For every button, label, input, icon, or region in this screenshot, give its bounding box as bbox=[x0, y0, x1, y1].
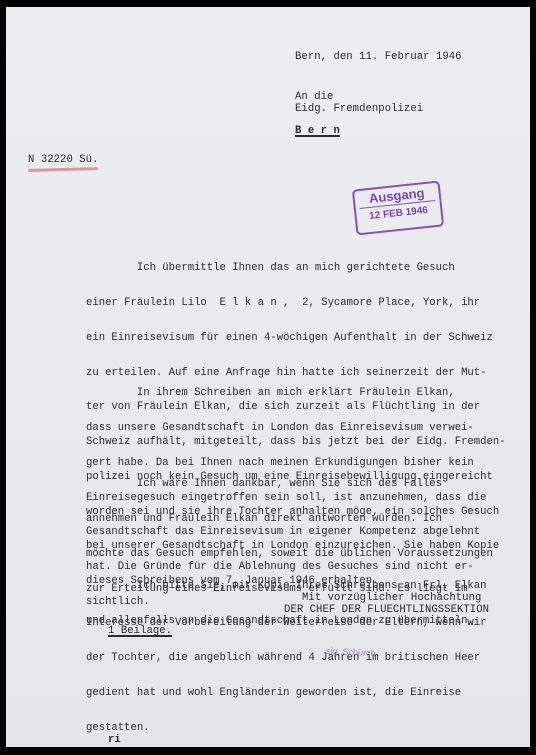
letter-page: Bern, den 11. Februar 1946 An die Eidg. … bbox=[6, 7, 530, 747]
date-line: Bern, den 11. Februar 1946 bbox=[295, 52, 462, 64]
text-line: Ich übermittle Ihnen das an mich gericht… bbox=[86, 263, 506, 275]
outgoing-stamp: Ausgang 12 FEB 1946 bbox=[352, 181, 444, 236]
text-line: annehmen und Fräulein Elkan direkt antwo… bbox=[86, 514, 493, 526]
red-pencil-underline bbox=[28, 167, 98, 172]
text-line: ein Einreisevisum für einen 4-wöchigen A… bbox=[86, 333, 506, 345]
text-line: dass unsere Gesandtschaft in London das … bbox=[86, 423, 487, 435]
text-line: gestatten. bbox=[86, 723, 493, 735]
enclosure-note: 1 Beilage. bbox=[108, 626, 172, 638]
closing-salutation: Mit vorzüglicher Hochachtung bbox=[302, 593, 481, 605]
typist-initials: ri bbox=[108, 735, 121, 747]
text-line: Ich wäre Ihnen dankbar, wenn Sie sich de… bbox=[86, 479, 493, 491]
text-line: gedient hat und wohl Engländerin geworde… bbox=[86, 688, 493, 700]
recipient-line-1: An die bbox=[295, 92, 333, 104]
recipient-line-2: Eidg. Fremdenpolizei bbox=[295, 104, 423, 116]
text-line: In ihrem Schreiben an mich erklärt Fräul… bbox=[86, 388, 487, 400]
recipient-city: B e r n bbox=[295, 126, 340, 138]
text-line: der Tochter, die angeblich während 4 Jah… bbox=[86, 653, 493, 665]
reference-number: N 32220 Sü. bbox=[28, 155, 98, 167]
closing-title: DER CHEF DER FLUECHTLINGSSEKTION bbox=[284, 605, 489, 617]
text-line: einer Fräulein Lilo E l k a n , 2, Sycam… bbox=[86, 298, 506, 310]
